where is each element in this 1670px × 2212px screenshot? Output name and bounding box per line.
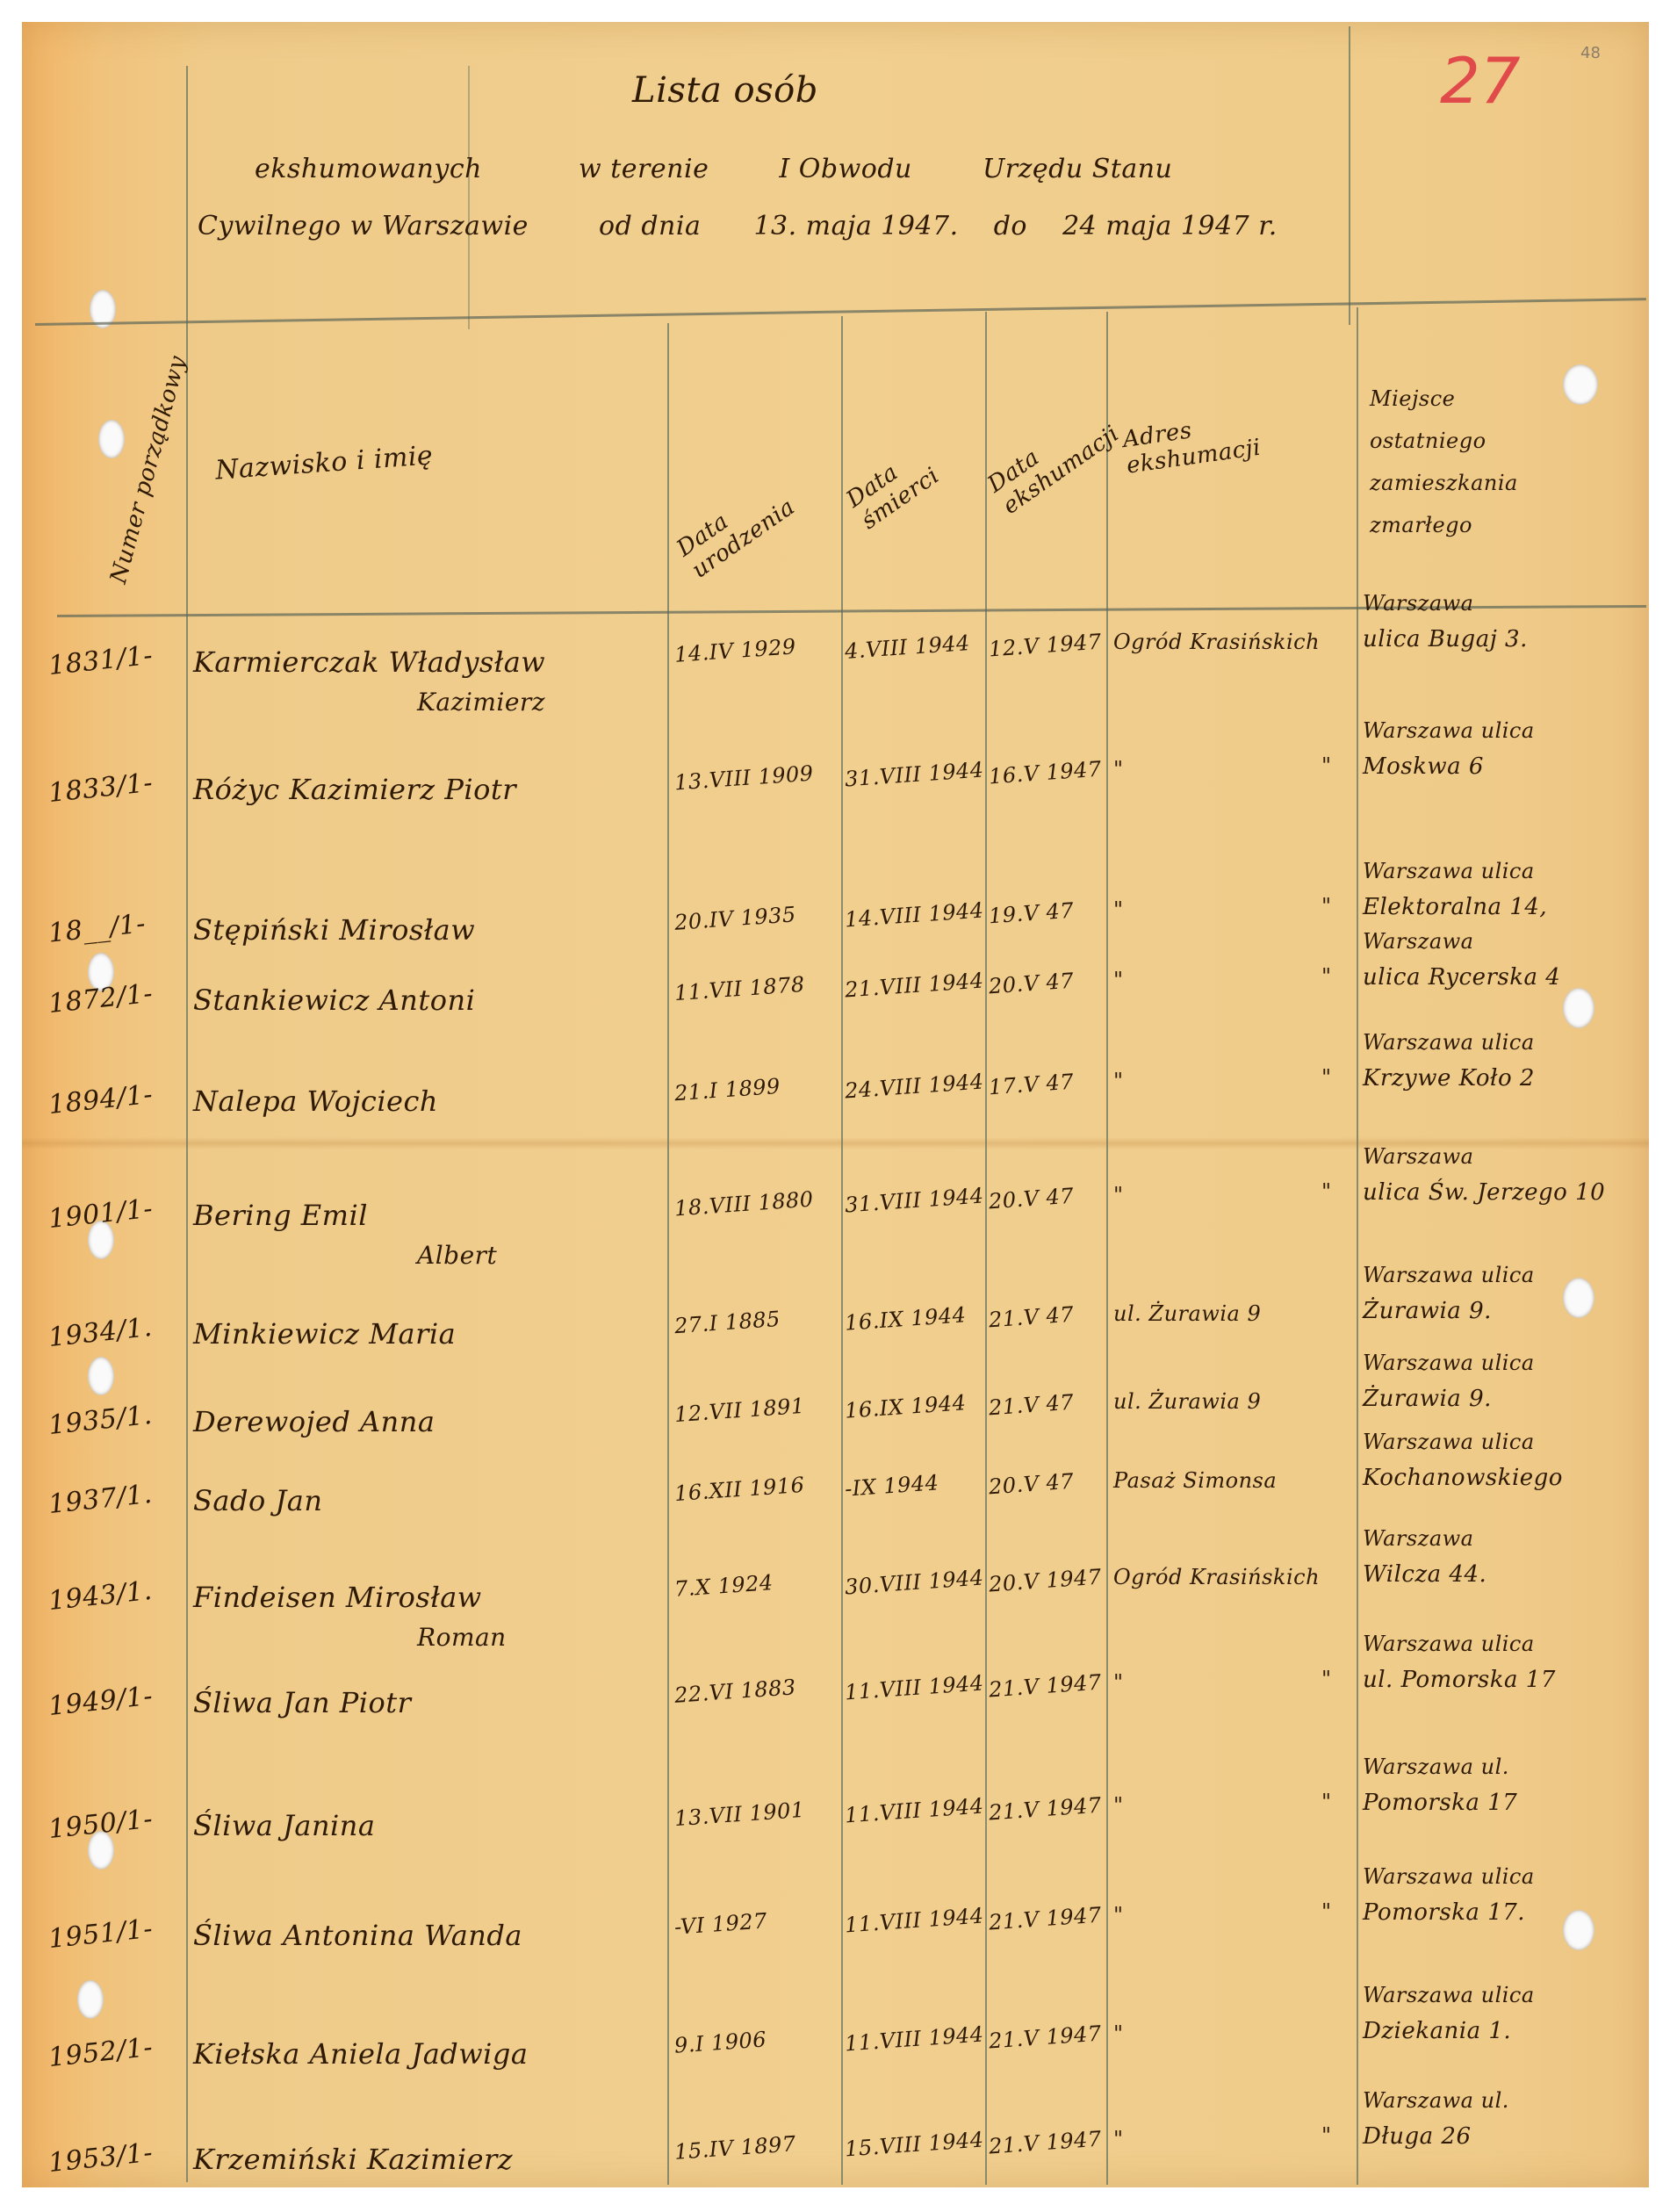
row-residence-line2: Długa 26 [1363,2123,1472,2150]
subtitle-word: Cywilnego w Warszawie [198,211,529,241]
row-name: Śliwa Janina [193,1809,375,1842]
row-name: Stankiewicz Antoni [193,984,475,1017]
row-residence-line1: Warszawa ulica [1363,1632,1535,1656]
subtitle-word: Urzędu Stanu [983,154,1172,184]
row-residence-line2: Elektoralna 14, [1363,894,1547,920]
row-exhumation-place: " [1113,897,1124,922]
row-exhumation-place: " [1113,757,1124,782]
row-residence-line2: Pomorska 17 [1363,1790,1517,1816]
subtitle-line2: Cywilnego w Warszawie od dnia 13. maja 1… [198,211,1278,241]
row-name-second: Albert [417,1241,497,1270]
row-residence-line2: Krzywe Koło 2 [1363,1065,1535,1092]
row-name: Śliwa Antonina Wanda [193,1919,522,1952]
row-residence-line2: ul. Pomorska 17 [1363,1667,1556,1693]
margin-rule [186,66,188,2182]
row-residence-line2: Żurawia 9. [1363,1386,1492,1412]
row-exhumation-place-ditto: " [1321,753,1332,778]
row-residence-line2: ulica Św. Jerzego 10 [1363,1179,1605,1206]
subtitle-word: do [994,211,1027,241]
row-residence-line1: Warszawa ulica [1363,859,1535,883]
subtitle-word: 24 maja 1947 r. [1062,211,1278,241]
subtitle-word: w terenie [579,154,709,184]
row-exhumation-place: Ogród Krasińskich [1113,1565,1320,1589]
row-exhumation-place-ditto: " [1321,894,1332,919]
row-exhumation-place: " [1113,2127,1124,2151]
row-name: Krzemiński Kazimierz [193,2143,513,2176]
row-name: Bering Emil [193,1199,368,1232]
punch-hole [1563,1278,1594,1318]
row-name: Kiełska Aniela Jadwiga [193,2037,528,2071]
row-residence-line1: Warszawa ul. [1363,1754,1509,1779]
column-rule-place [1106,312,1108,2185]
row-exhumation-place: " [1113,1183,1124,1207]
row-name: Różyc Kazimierz Piotr [193,773,516,806]
row-residence-line2: ulica Bugaj 3. [1363,626,1528,652]
subtitle-word: ekshumowanych [255,154,482,184]
row-exhumation-place-ditto: " [1321,964,1332,989]
document-title: Lista osób [632,70,818,111]
row-exhumation-place: ul. Żurawia 9 [1113,1389,1261,1414]
subtitle-word: 13. maja 1947. [753,211,958,241]
page-number-pencil: 48 [1580,44,1601,62]
row-residence-line1: Warszawa [1363,591,1473,616]
row-residence-line2: Pomorska 17. [1363,1899,1525,1926]
row-residence-line1: Warszawa ulica [1363,1864,1535,1889]
row-name-second: Roman [417,1623,507,1652]
header-residence: Miejsce ostatniego zamieszkania zmarłego [1370,378,1572,546]
row-residence-line1: Warszawa ulica [1363,718,1535,743]
column-rule-residence [1357,307,1358,2185]
row-name: Minkiewicz Maria [193,1317,456,1351]
subtitle-word: I Obwodu [779,154,911,184]
subtitle-word: od dnia [599,211,701,241]
row-exhumation-place: " [1113,1903,1124,1927]
row-residence-line2: ulica Rycerska 4 [1363,964,1560,991]
row-exhumation-place-ditto: " [1321,1667,1332,1691]
page-number-red: 27 [1440,44,1521,118]
row-residence-line1: Warszawa [1363,929,1473,954]
row-exhumation-place: Ogród Krasińskich [1113,630,1320,654]
row-residence-line1: Warszawa ulica [1363,1983,1535,2007]
row-residence-line1: Warszawa [1363,1526,1473,1551]
row-residence-line1: Warszawa ul. [1363,2088,1509,2113]
row-name: Śliwa Jan Piotr [193,1686,411,1719]
column-rule-birth [667,323,669,2185]
row-name: Derewojed Anna [193,1405,435,1438]
column-rule-death [841,316,843,2185]
row-residence-line1: Warszawa ulica [1363,1263,1535,1287]
row-exhumation-place-ditto: " [1321,1899,1332,1924]
row-residence-line1: Warszawa ulica [1363,1351,1535,1375]
row-residence-line2: Kochanowskiego [1363,1465,1563,1491]
row-residence-line1: Warszawa ulica [1363,1030,1535,1055]
row-exhumation-place: " [1113,2021,1124,2046]
row-residence-line2: Wilcza 44. [1363,1561,1486,1588]
subtitle-line1: ekshumowanych w terenie I Obwodu Urzędu … [255,154,1172,184]
row-residence-line1: Warszawa [1363,1144,1473,1169]
row-residence-line2: Żurawia 9. [1363,1298,1492,1324]
row-name-second: Kazimierz [417,688,545,717]
row-exhumation-place: ul. Żurawia 9 [1113,1301,1261,1326]
row-exhumation-place: " [1113,968,1124,992]
punch-hole [98,420,125,458]
row-exhumation-place: " [1113,1793,1124,1818]
row-name: Sado Jan [193,1484,322,1517]
row-residence-line2: Moskwa 6 [1363,753,1484,780]
column-rule [468,66,470,329]
row-exhumation-place-ditto: " [1321,1790,1332,1814]
row-name: Nalepa Wojciech [193,1084,438,1118]
row-name: Karmierczak Władysław [193,645,545,679]
punch-hole [88,1357,114,1395]
punch-hole [77,1980,104,2019]
column-rule-exhum [985,312,987,2185]
row-exhumation-place: " [1113,1670,1124,1695]
row-residence-line2: Dziekania 1. [1363,2018,1511,2044]
row-exhumation-place-ditto: " [1321,1065,1332,1090]
row-name: Findeisen Mirosław [193,1581,482,1614]
column-rule [1349,26,1350,325]
row-exhumation-place: " [1113,1069,1124,1093]
row-residence-line1: Warszawa ulica [1363,1430,1535,1454]
punch-hole [1563,988,1594,1028]
row-exhumation-place-ditto: " [1321,2123,1332,2148]
row-name: Stępiński Mirosław [193,913,475,947]
punch-hole [1563,1910,1594,1950]
row-exhumation-place: Pasaż Simonsa [1113,1468,1277,1493]
row-exhumation-place-ditto: " [1321,1179,1332,1204]
